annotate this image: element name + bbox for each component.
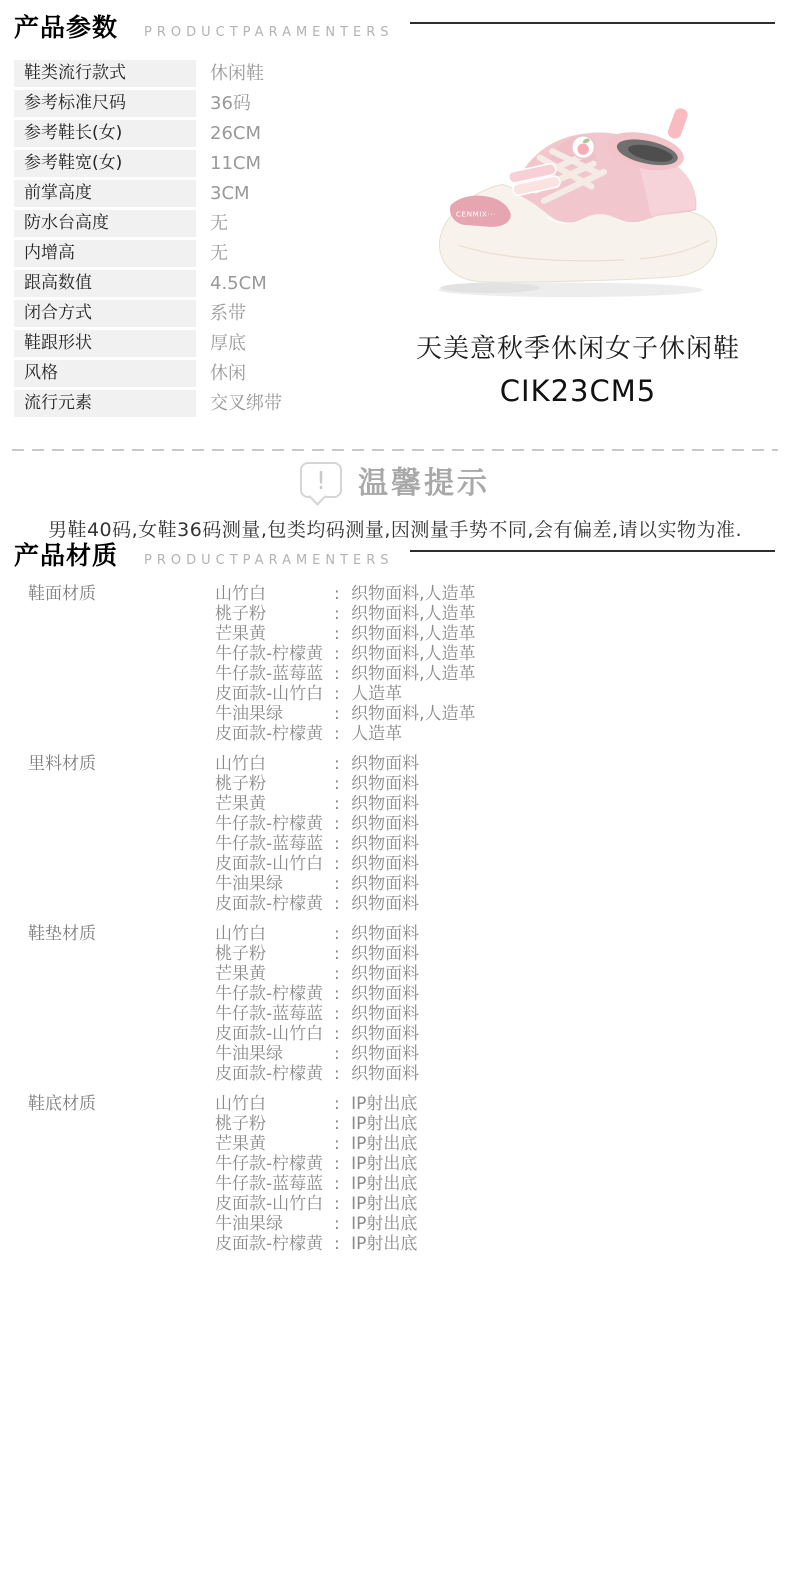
materials-section-title: 产品材质 [14,536,118,572]
param-value: 交叉绑带 [210,390,282,417]
material-color-name: 桃子粉 [215,774,334,794]
material-row: 皮面款-山竹白: IP射出底 [215,1194,417,1214]
material-colon: : [334,624,340,644]
material-color-name: 牛油果绿 [215,704,334,724]
material-section: 鞋垫材质 山竹白: 织物面料 桃子粉: 织物面料 芒果黄: 织物面料 牛仔款-柠… [28,924,476,1084]
material-row: 芒果黄: IP射出底 [215,1134,417,1154]
param-label: 防水台高度 [14,210,196,237]
param-row: 参考鞋宽(女) 11CM [14,150,282,177]
material-color-name: 芒果黄 [215,964,334,984]
material-colon: : [334,874,340,894]
material-section-label: 鞋垫材质 [28,924,215,1084]
material-value: 织物面料 [346,894,419,914]
material-value: 织物面料 [346,834,419,854]
param-label: 跟高数值 [14,270,196,297]
material-color-name: 皮面款-柠檬黄 [215,724,334,744]
material-row: 牛油果绿: 织物面料 [215,874,419,894]
material-value: 织物面料 [346,814,419,834]
material-colon: : [334,964,340,984]
material-colon: : [334,814,340,834]
material-row: 桃子粉: IP射出底 [215,1114,417,1134]
param-label: 前掌高度 [14,180,196,207]
material-colon: : [334,894,340,914]
dashed-divider [12,449,778,451]
material-value: 人造革 [346,724,402,744]
material-row: 皮面款-山竹白: 人造革 [215,684,476,704]
material-color-name: 皮面款-柠檬黄 [215,894,334,914]
material-row: 牛仔款-柠檬黄: 织物面料,人造革 [215,644,476,664]
param-value: 休闲 [210,360,246,387]
material-row: 山竹白: 织物面料 [215,924,419,944]
param-value: 36码 [210,90,251,117]
material-rows: 山竹白: IP射出底 桃子粉: IP射出底 芒果黄: IP射出底 牛仔款-柠檬黄… [215,1094,417,1254]
material-value: 织物面料 [346,754,419,774]
material-color-name: 桃子粉 [215,604,334,624]
param-row: 防水台高度 无 [14,210,282,237]
param-value: 26CM [210,120,261,147]
param-label: 闭合方式 [14,300,196,327]
material-colon: : [334,1064,340,1084]
material-row: 芒果黄: 织物面料 [215,964,419,984]
material-row: 桃子粉: 织物面料,人造革 [215,604,476,624]
material-row: 牛油果绿: 织物面料,人造革 [215,704,476,724]
material-color-name: 芒果黄 [215,624,334,644]
materials-sections: 鞋面材质 山竹白: 织物面料,人造革 桃子粉: 织物面料,人造革 芒果黄: 织物… [28,584,476,1264]
param-label: 参考标准尺码 [14,90,196,117]
material-row: 牛仔款-柠檬黄: 织物面料 [215,984,419,1004]
material-row: 牛仔款-蓝莓蓝: 织物面料,人造革 [215,664,476,684]
material-value: IP射出底 [346,1234,418,1254]
material-value: IP射出底 [346,1174,418,1194]
material-value: IP射出底 [346,1114,418,1134]
param-row: 跟高数值 4.5CM [14,270,282,297]
material-color-name: 桃子粉 [215,1114,334,1134]
material-row: 皮面款-柠檬黄: 织物面料 [215,1064,419,1084]
param-value: 系带 [210,300,246,327]
material-color-name: 牛仔款-柠檬黄 [215,814,334,834]
material-value: 织物面料,人造革 [346,604,476,624]
material-value: 织物面料 [346,794,419,814]
material-value: IP射出底 [346,1134,418,1154]
material-row: 山竹白: 织物面料 [215,754,419,774]
material-colon: : [334,1024,340,1044]
material-row: 牛油果绿: 织物面料 [215,1044,419,1064]
material-color-name: 牛仔款-柠檬黄 [215,984,334,1004]
material-row: 皮面款-柠檬黄: 人造革 [215,724,476,744]
material-colon: : [334,854,340,874]
material-color-name: 牛仔款-蓝莓蓝 [215,664,334,684]
param-value: 4.5CM [210,270,267,297]
material-row: 山竹白: IP射出底 [215,1094,417,1114]
param-row: 鞋跟形状 厚底 [14,330,282,357]
param-row: 流行元素 交叉绑带 [14,390,282,417]
material-row: 牛仔款-蓝莓蓝: IP射出底 [215,1174,417,1194]
param-label: 参考鞋宽(女) [14,150,196,177]
material-color-name: 皮面款-山竹白 [215,1194,334,1214]
param-value: 休闲鞋 [210,60,264,87]
material-color-name: 皮面款-山竹白 [215,854,334,874]
material-colon: : [334,834,340,854]
material-rows: 山竹白: 织物面料,人造革 桃子粉: 织物面料,人造革 芒果黄: 织物面料,人造… [215,584,476,744]
material-color-name: 山竹白 [215,924,334,944]
material-colon: : [334,1004,340,1024]
material-value: 织物面料 [346,874,419,894]
material-value: IP射出底 [346,1214,418,1234]
material-row: 桃子粉: 织物面料 [215,774,419,794]
material-value: 织物面料 [346,1044,419,1064]
param-value: 无 [210,210,228,237]
material-colon: : [334,1194,340,1214]
material-section-label: 鞋面材质 [28,584,215,744]
product-image-sneaker: CENMIX··· [428,104,728,304]
param-value: 无 [210,240,228,267]
material-color-name: 芒果黄 [215,1134,334,1154]
material-value: 织物面料 [346,1004,419,1024]
param-label: 流行元素 [14,390,196,417]
toe-badge-text: CENMIX··· [456,209,496,218]
material-color-name: 牛油果绿 [215,1214,334,1234]
material-color-name: 山竹白 [215,754,334,774]
params-section-title: 产品参数 [14,8,118,44]
material-colon: : [334,794,340,814]
material-section: 鞋面材质 山竹白: 织物面料,人造革 桃子粉: 织物面料,人造革 芒果黄: 织物… [28,584,476,744]
material-colon: : [334,1094,340,1114]
material-colon: : [334,754,340,774]
param-row: 内增高 无 [14,240,282,267]
material-row: 牛仔款-柠檬黄: 织物面料 [215,814,419,834]
material-colon: : [334,684,340,704]
param-value: 3CM [210,180,250,207]
material-section: 鞋底材质 山竹白: IP射出底 桃子粉: IP射出底 芒果黄: IP射出底 牛仔… [28,1094,476,1254]
material-value: 织物面料 [346,1064,419,1084]
material-row: 芒果黄: 织物面料 [215,794,419,814]
material-colon: : [334,984,340,1004]
material-value: 织物面料 [346,944,419,964]
materials-section-header: 产品材质 PRODUCTPARAMENTERS [14,536,775,572]
material-value: 织物面料,人造革 [346,664,476,684]
material-row: 桃子粉: 织物面料 [215,944,419,964]
exclamation-bubble-icon: ! [300,462,342,498]
material-colon: : [334,1214,340,1234]
material-color-name: 牛仔款-柠檬黄 [215,1154,334,1174]
material-color-name: 芒果黄 [215,794,334,814]
params-section-header: 产品参数 PRODUCTPARAMENTERS [14,8,775,44]
material-row: 牛仔款-蓝莓蓝: 织物面料 [215,1004,419,1024]
material-section-label: 里料材质 [28,754,215,914]
material-colon: : [334,1154,340,1174]
material-value: 织物面料,人造革 [346,584,476,604]
material-value: IP射出底 [346,1154,418,1174]
material-row: 山竹白: 织物面料,人造革 [215,584,476,604]
param-value: 11CM [210,150,261,177]
material-row: 牛仔款-蓝莓蓝: 织物面料 [215,834,419,854]
param-label: 风格 [14,360,196,387]
material-color-name: 牛仔款-蓝莓蓝 [215,1174,334,1194]
param-value: 厚底 [210,330,246,357]
material-value: IP射出底 [346,1194,418,1214]
material-rows: 山竹白: 织物面料 桃子粉: 织物面料 芒果黄: 织物面料 牛仔款-柠檬黄: 织… [215,924,419,1084]
material-value: 织物面料 [346,964,419,984]
material-color-name: 牛油果绿 [215,1044,334,1064]
material-value: 织物面料 [346,924,419,944]
material-colon: : [334,724,340,744]
material-color-name: 皮面款-柠檬黄 [215,1064,334,1084]
param-label: 参考鞋长(女) [14,120,196,147]
material-colon: : [334,644,340,664]
tips-header: ! 温馨提示 [0,458,790,502]
material-row: 皮面款-柠檬黄: 织物面料 [215,894,419,914]
param-label: 鞋跟形状 [14,330,196,357]
material-value: 织物面料,人造革 [346,624,476,644]
material-color-name: 皮面款-山竹白 [215,684,334,704]
material-color-name: 牛油果绿 [215,874,334,894]
param-row: 闭合方式 系带 [14,300,282,327]
material-value: 织物面料 [346,1024,419,1044]
material-colon: : [334,1044,340,1064]
params-table: 鞋类流行款式 休闲鞋 参考标准尺码 36码 参考鞋长(女) 26CM 参考鞋宽(… [14,60,282,420]
material-row: 芒果黄: 织物面料,人造革 [215,624,476,644]
material-row: 牛仔款-柠檬黄: IP射出底 [215,1154,417,1174]
material-colon: : [334,664,340,684]
param-row: 参考标准尺码 36码 [14,90,282,117]
material-color-name: 山竹白 [215,1094,334,1114]
tips-block: ! 温馨提示 男鞋40码,女鞋36码测量,包类均码测量,因测量手势不同,会有偏差… [0,458,790,542]
material-rows: 山竹白: 织物面料 桃子粉: 织物面料 芒果黄: 织物面料 牛仔款-柠檬黄: 织… [215,754,419,914]
product-model-code: CIK23CM5 [388,374,768,408]
product-display: CENMIX··· 天美意秋季休闲女子休闲鞋 CIK23CM5 [388,104,768,408]
material-row: 皮面款-柠檬黄: IP射出底 [215,1234,417,1254]
exclamation-glyph: ! [316,468,326,493]
material-value: IP射出底 [346,1094,418,1114]
material-colon: : [334,604,340,624]
param-row: 风格 休闲 [14,360,282,387]
params-section-subtitle: PRODUCTPARAMENTERS [144,25,394,40]
material-colon: : [334,774,340,794]
material-colon: : [334,1114,340,1134]
material-colon: : [334,924,340,944]
product-title: 天美意秋季休闲女子休闲鞋 [388,328,768,365]
material-color-name: 牛仔款-柠檬黄 [215,644,334,664]
material-colon: : [334,704,340,724]
materials-section-subtitle: PRODUCTPARAMENTERS [144,553,394,568]
material-color-name: 桃子粉 [215,944,334,964]
material-value: 织物面料,人造革 [346,644,476,664]
material-value: 人造革 [346,684,402,704]
material-row: 牛油果绿: IP射出底 [215,1214,417,1234]
material-colon: : [334,944,340,964]
param-row: 鞋类流行款式 休闲鞋 [14,60,282,87]
param-row: 前掌高度 3CM [14,180,282,207]
tips-title: 温馨提示 [358,458,490,502]
material-colon: : [334,1174,340,1194]
material-value: 织物面料 [346,774,419,794]
material-value: 织物面料,人造革 [346,704,476,724]
product-detail-page: 产品参数 PRODUCTPARAMENTERS 鞋类流行款式 休闲鞋 参考标准尺… [0,0,790,1570]
material-row: 皮面款-山竹白: 织物面料 [215,854,419,874]
material-color-name: 山竹白 [215,584,334,604]
param-label: 鞋类流行款式 [14,60,196,87]
material-value: 织物面料 [346,854,419,874]
material-row: 皮面款-山竹白: 织物面料 [215,1024,419,1044]
material-color-name: 皮面款-山竹白 [215,1024,334,1044]
header-divider-line [410,22,775,24]
material-color-name: 牛仔款-蓝莓蓝 [215,1004,334,1024]
material-value: 织物面料 [346,984,419,1004]
material-color-name: 牛仔款-蓝莓蓝 [215,834,334,854]
material-section-label: 鞋底材质 [28,1094,215,1254]
param-label: 内增高 [14,240,196,267]
param-row: 参考鞋长(女) 26CM [14,120,282,147]
material-color-name: 皮面款-柠檬黄 [215,1234,334,1254]
material-section: 里料材质 山竹白: 织物面料 桃子粉: 织物面料 芒果黄: 织物面料 牛仔款-柠… [28,754,476,914]
shoe-heel-tab [666,107,689,141]
material-colon: : [334,1134,340,1154]
material-colon: : [334,584,340,604]
material-colon: : [334,1234,340,1254]
header-divider-line [410,550,775,552]
